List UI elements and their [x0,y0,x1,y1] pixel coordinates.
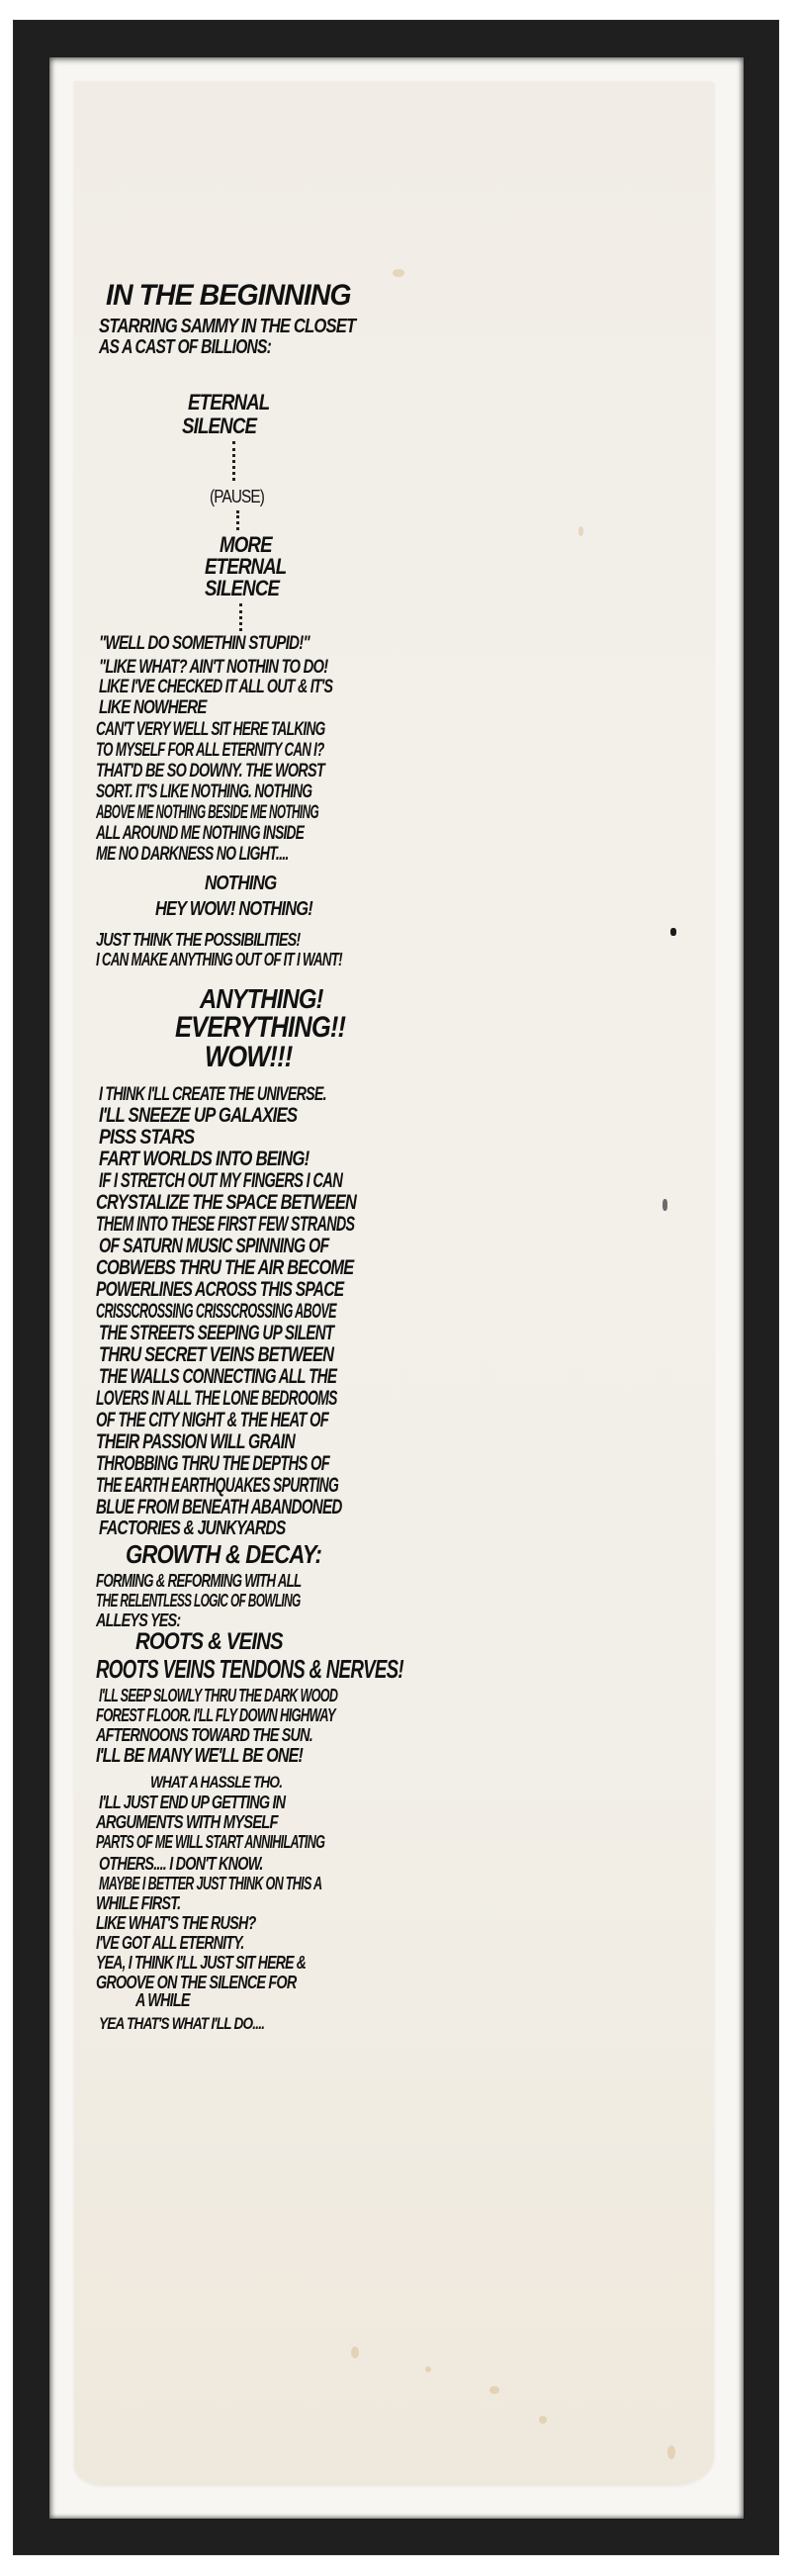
poem-line: THE RELENTLESS LOGIC OF BOWLING [96,1591,301,1611]
poem-line: FACTORIES & JUNKYARDS [99,1518,285,1540]
stain [578,526,583,536]
poem-line: THEIR PASSION WILL GRAIN [96,1430,295,1454]
ink-spot [670,928,676,936]
stain [393,269,404,277]
poem-line: IF I STRETCH OUT MY FINGERS I CAN [99,1169,342,1193]
poem-line: YEA THAT'S WHAT I'LL DO.... [99,2014,264,2034]
poem-line: WHAT A HASSLE THO. [150,1773,282,1793]
poem-line: CAN'T VERY WELL SIT HERE TALKING [96,719,325,741]
poem-line: AS A CAST OF BILLIONS: [99,336,271,359]
poem-line: CRYSTALIZE THE SPACE BETWEEN [96,1191,356,1215]
ellipsis-dots [236,510,242,530]
poem-line: THE STREETS SEEPING UP SILENT [99,1322,333,1345]
poem-line: ETERNAL [188,390,269,415]
poem-line: COBWEBS THRU THE AIR BECOME [96,1256,353,1280]
poem-line: IN THE BEGINNING [106,279,351,313]
stain [425,2366,431,2372]
poem-line: I'LL BE MANY WE'LL BE ONE! [96,1745,303,1768]
poem-line: MAYBE I BETTER JUST THINK ON THIS A [99,1874,321,1894]
poem-line: ALL AROUND ME NOTHING INSIDE [96,823,304,845]
poem-line: OTHERS.... I DON'T KNOW. [99,1854,263,1875]
poem-line: PISS STARS [99,1126,194,1150]
poem-line: "WELL DO SOMETHIN STUPID!" [99,633,310,655]
poem-line: JUST THINK THE POSSIBILITIES! [96,930,300,951]
ellipsis-dots [232,441,238,481]
poem-line: AFTERNOONS TOWARD THE SUN. [96,1725,312,1746]
poem-line: LIKE NOWHERE [99,697,207,719]
poem-line: FORMING & REFORMING WITH ALL [96,1571,301,1592]
poem-line: EVERYTHING!! [175,1011,345,1045]
poem-line: (PAUSE) [210,487,264,507]
poem-line: SILENCE [182,414,256,439]
poem-line: ARGUMENTS WITH MYSELF [96,1812,278,1833]
ink-spot [663,1199,667,1211]
stain [489,2386,499,2394]
poem-line: THAT'D BE SO DOWNY. THE WORST [96,761,324,782]
stain [351,2346,359,2358]
poem-line: I THINK I'LL CREATE THE UNIVERSE. [99,1084,326,1106]
poem-line: BLUE FROM BENEATH ABANDONED [96,1496,342,1519]
mat-board: IN THE BEGINNING STARRING SAMMY IN THE C… [49,57,744,2519]
ellipsis-dots [239,603,245,631]
poem-line: OF THE CITY NIGHT & THE HEAT OF [96,1409,328,1432]
poem-line: THE EARTH EARTHQUAKES SPURTING [96,1474,338,1498]
poem-line: THE WALLS CONNECTING ALL THE [99,1365,336,1389]
poem-line: ROOTS & VEINS [135,1628,283,1656]
poem-line: GROOVE ON THE SILENCE FOR [96,1973,296,1993]
poem-line: PARTS OF ME WILL START ANNIHILATING [96,1832,324,1853]
poem-line: LIKE I'VE CHECKED IT ALL OUT & IT'S [99,677,332,698]
poem-line: NOTHING [205,873,276,895]
poem-line: ME NO DARKNESS NO LIGHT.... [96,844,289,866]
poem-line: I'LL SEEP SLOWLY THRU THE DARK WOOD [99,1686,337,1706]
poem-line: I'VE GOT ALL ETERNITY. [96,1933,243,1954]
poem-line: FOREST FLOOR. I'LL FLY DOWN HIGHWAY [96,1705,335,1726]
stain [667,2445,675,2459]
paper-sheet: IN THE BEGINNING STARRING SAMMY IN THE C… [74,81,714,2485]
poem-line: WHILE FIRST. [96,1893,180,1914]
poem-line: THEM INTO THESE FIRST FEW STRANDS [96,1213,354,1237]
poem-line: HEY WOW! NOTHING! [155,898,312,921]
poem-line: ABOVE ME NOTHING BESIDE ME NOTHING [96,802,318,824]
poem-line: POWERLINES ACROSS THIS SPACE [96,1278,343,1302]
poem-line: SORT. IT'S LIKE NOTHING. NOTHING [96,782,311,803]
poem-line: "LIKE WHAT? AIN'T NOTHIN TO DO! [99,657,327,679]
poem-line: THRU SECRET VEINS BETWEEN [99,1343,333,1367]
poem-line: THROBBING THRU THE DEPTHS OF [96,1452,329,1476]
poem-line: ROOTS VEINS TENDONS & NERVES! [96,1654,403,1685]
poem-line: TO MYSELF FOR ALL ETERNITY CAN I? [96,740,324,762]
poem-line: SILENCE [205,576,279,601]
poem-line: WOW!!! [205,1041,292,1074]
poem-line: STARRING SAMMY IN THE CLOSET [99,316,355,338]
poem-line: I'LL JUST END UP GETTING IN [99,1793,285,1813]
picture-frame: IN THE BEGINNING STARRING SAMMY IN THE C… [13,20,779,2555]
poem-line: YEA, I THINK I'LL JUST SIT HERE & [96,1953,306,1974]
poem-line: I CAN MAKE ANYTHING OUT OF IT I WANT! [96,950,342,970]
poem-line: LOVERS IN ALL THE LONE BEDROOMS [96,1387,337,1411]
poem-line: FART WORLDS INTO BEING! [99,1148,309,1171]
poem-line: I'LL SNEEZE UP GALAXIES [99,1104,297,1128]
poem-line: OF SATURN MUSIC SPINNING OF [99,1235,328,1258]
stain [539,2416,547,2424]
poem-line: A WHILE [135,1990,190,2011]
poem-line: CRISSCROSSING CRISSCROSSING ABOVE [96,1300,336,1324]
poem-line: LIKE WHAT'S THE RUSH? [96,1913,256,1934]
poem-line: GROWTH & DECAY: [126,1539,321,1570]
